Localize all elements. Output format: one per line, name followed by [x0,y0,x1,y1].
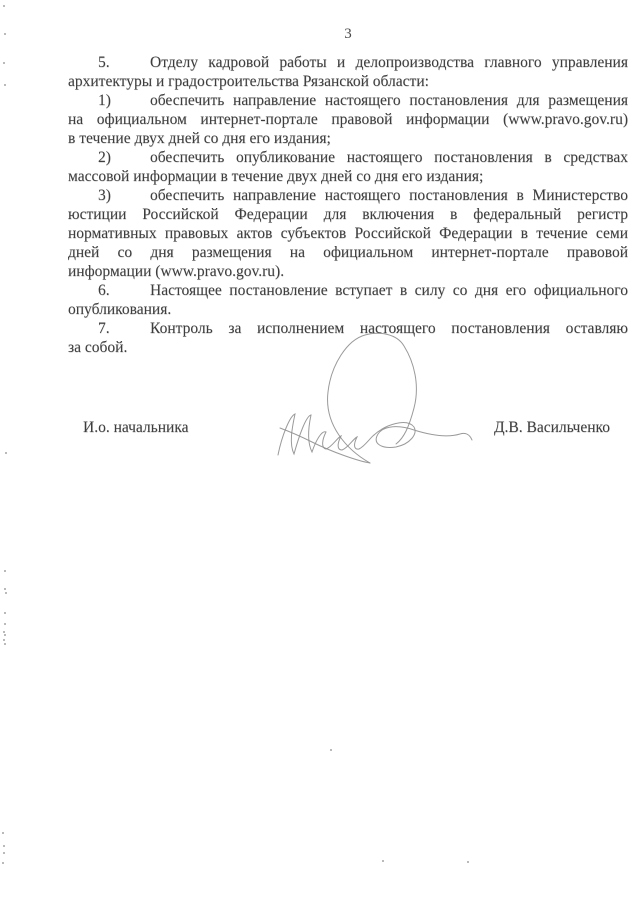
list-number: 2) [98,148,150,167]
text-line: на официальном интернет-портале правовой… [68,110,628,129]
text-line: дней со дня размещения на официальном ин… [68,243,628,262]
list-number: 3) [98,186,150,205]
scan-speck [3,5,5,7]
scan-speck [4,612,6,614]
scan-speck [2,862,4,864]
scan-speck [467,861,469,863]
scan-speck [4,84,6,86]
scan-speck [3,852,5,854]
scan-speck [3,639,5,641]
text-line: 6.Настоящее постановление вступает в сил… [68,281,628,300]
scan-speck [5,452,7,454]
list-number: 7. [98,319,150,338]
scan-speck [3,631,5,633]
text-line: архитектуры и градостроительства Рязанск… [68,72,628,91]
scan-speck [4,570,6,572]
scan-speck [4,634,6,636]
signer-role: И.о. начальника [83,419,189,437]
list-number: 1) [98,91,150,110]
scan-speck [5,592,7,594]
scan-speck [4,623,6,625]
scan-speck [4,33,6,35]
scan-speck [330,749,332,751]
scan-speck [382,860,384,862]
text-line: 3)обеспечить направление настоящего пост… [68,186,628,205]
text-line: нормативных правовых актов субъектов Рос… [68,224,628,243]
list-number: 5. [98,53,150,72]
text-line: 1)обеспечить направление настоящего пост… [68,91,628,110]
handwritten-signature [262,330,474,470]
text-line: 2)обеспечить опубликование настоящего по… [68,148,628,167]
text-line: юстиции Российской Федерации для включен… [68,205,628,224]
page-number: 3 [68,26,628,43]
document-page: 3 5.Отделу кадровой работы и делопроизво… [0,0,640,905]
text-line: опубликования. [68,300,628,319]
scan-speck [4,588,6,590]
scan-speck [3,845,5,847]
text-line: 5.Отделу кадровой работы и делопроизводс… [68,53,628,72]
text-line: информации (www.pravo.gov.ru). [68,262,628,281]
text-line: в течение двух дней со дня его издания; [68,129,628,148]
scan-speck [4,643,6,645]
text-line: массовой информации в течение двух дней … [68,167,628,186]
list-number: 6. [98,281,150,300]
scan-speck [2,832,4,834]
signer-name: Д.В. Васильченко [450,419,610,437]
document-body: 5.Отделу кадровой работы и делопроизводс… [68,53,628,357]
scan-speck [3,62,5,64]
